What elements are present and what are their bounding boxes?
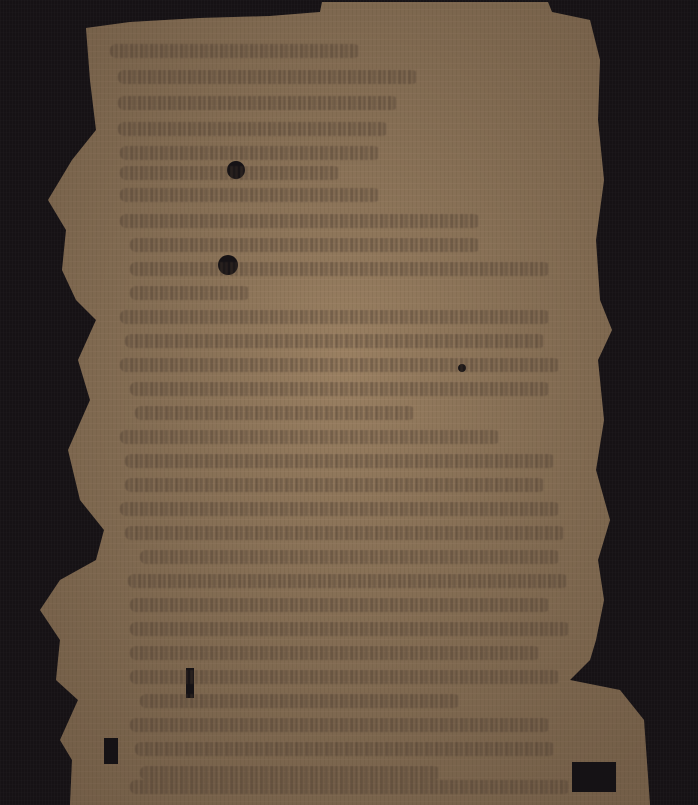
hole <box>458 364 466 372</box>
damage-patch <box>186 668 194 698</box>
hole <box>218 255 238 275</box>
papyrus-fragment <box>0 0 698 805</box>
damage-patch <box>572 762 616 792</box>
hole <box>227 161 245 179</box>
damage-patch <box>104 738 118 764</box>
image-stage: Papyrus fragment with faded handwritten … <box>0 0 698 805</box>
